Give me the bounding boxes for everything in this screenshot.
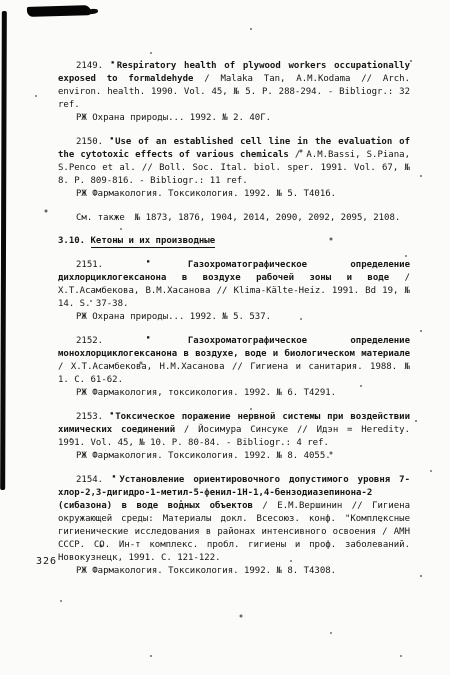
see-also-refs: № 1873, 1876, 1904, 2014, 2090, 2092, 20…: [135, 213, 401, 223]
entry-2151: 2151. ▪Газохроматографическое определени…: [58, 259, 410, 311]
entry-2153: 2153. ▪Токсическое поражение нервной сис…: [58, 411, 410, 450]
section-code: 3.10.: [58, 236, 85, 246]
entry-abstract-ref: РЖ Фармакология, токсикология. 1992. № 6…: [58, 387, 410, 400]
entry-marker: ▪: [146, 258, 188, 265]
entry-title: Газохроматографическое определение дихло…: [58, 260, 410, 283]
entry-2154: 2154. ▪Установление ориентировочного доп…: [58, 474, 410, 565]
entry-marker: ▪: [146, 334, 188, 341]
section-heading: 3.10. Кетоны и их производные: [58, 235, 410, 248]
entry-title: Газохроматографическое определение монох…: [58, 336, 410, 359]
entry-abstract-ref: РЖ Охрана природы... 1992. № 2. 40Г.: [58, 112, 410, 125]
see-also-line: См. также№ 1873, 1876, 1904, 2014, 2090,…: [58, 212, 410, 225]
section-title: Кетоны и их производные: [91, 236, 216, 248]
entry-number: 2154.: [76, 475, 103, 485]
entry-number: 2150.: [76, 137, 103, 147]
entry-abstract-ref: РЖ Фармакология. Токсикология. 1992. № 8…: [58, 450, 410, 463]
scanned-bibliography-page: 2149. ▪Respiratory health of plywood wor…: [0, 0, 450, 675]
entry-2149: 2149. ▪Respiratory health of plywood wor…: [58, 60, 410, 112]
entry-number: 2151.: [76, 260, 103, 270]
entry-number: 2152.: [76, 336, 103, 346]
entry-citation: / Х.Т.Асамбекова, Н.М.Хасанова // Гигиен…: [58, 362, 410, 385]
entry-abstract-ref: РЖ Охрана природы... 1992. № 5. 537.: [58, 311, 410, 324]
page-number: 326: [36, 556, 57, 567]
entry-number: 2149.: [76, 61, 103, 71]
entry-number: 2153.: [76, 412, 103, 422]
entry-2152: 2152. ▪Газохроматографическое определени…: [58, 335, 410, 387]
entry-2150: 2150. ▪Use of an established cell line i…: [58, 136, 410, 188]
see-also-label: См. также: [76, 213, 125, 223]
entry-abstract-ref: РЖ Фармакология. Токсикология. 1992. № 8…: [58, 565, 410, 578]
entry-abstract-ref: РЖ Фармакология. Токсикология. 1992. № 5…: [58, 188, 410, 201]
